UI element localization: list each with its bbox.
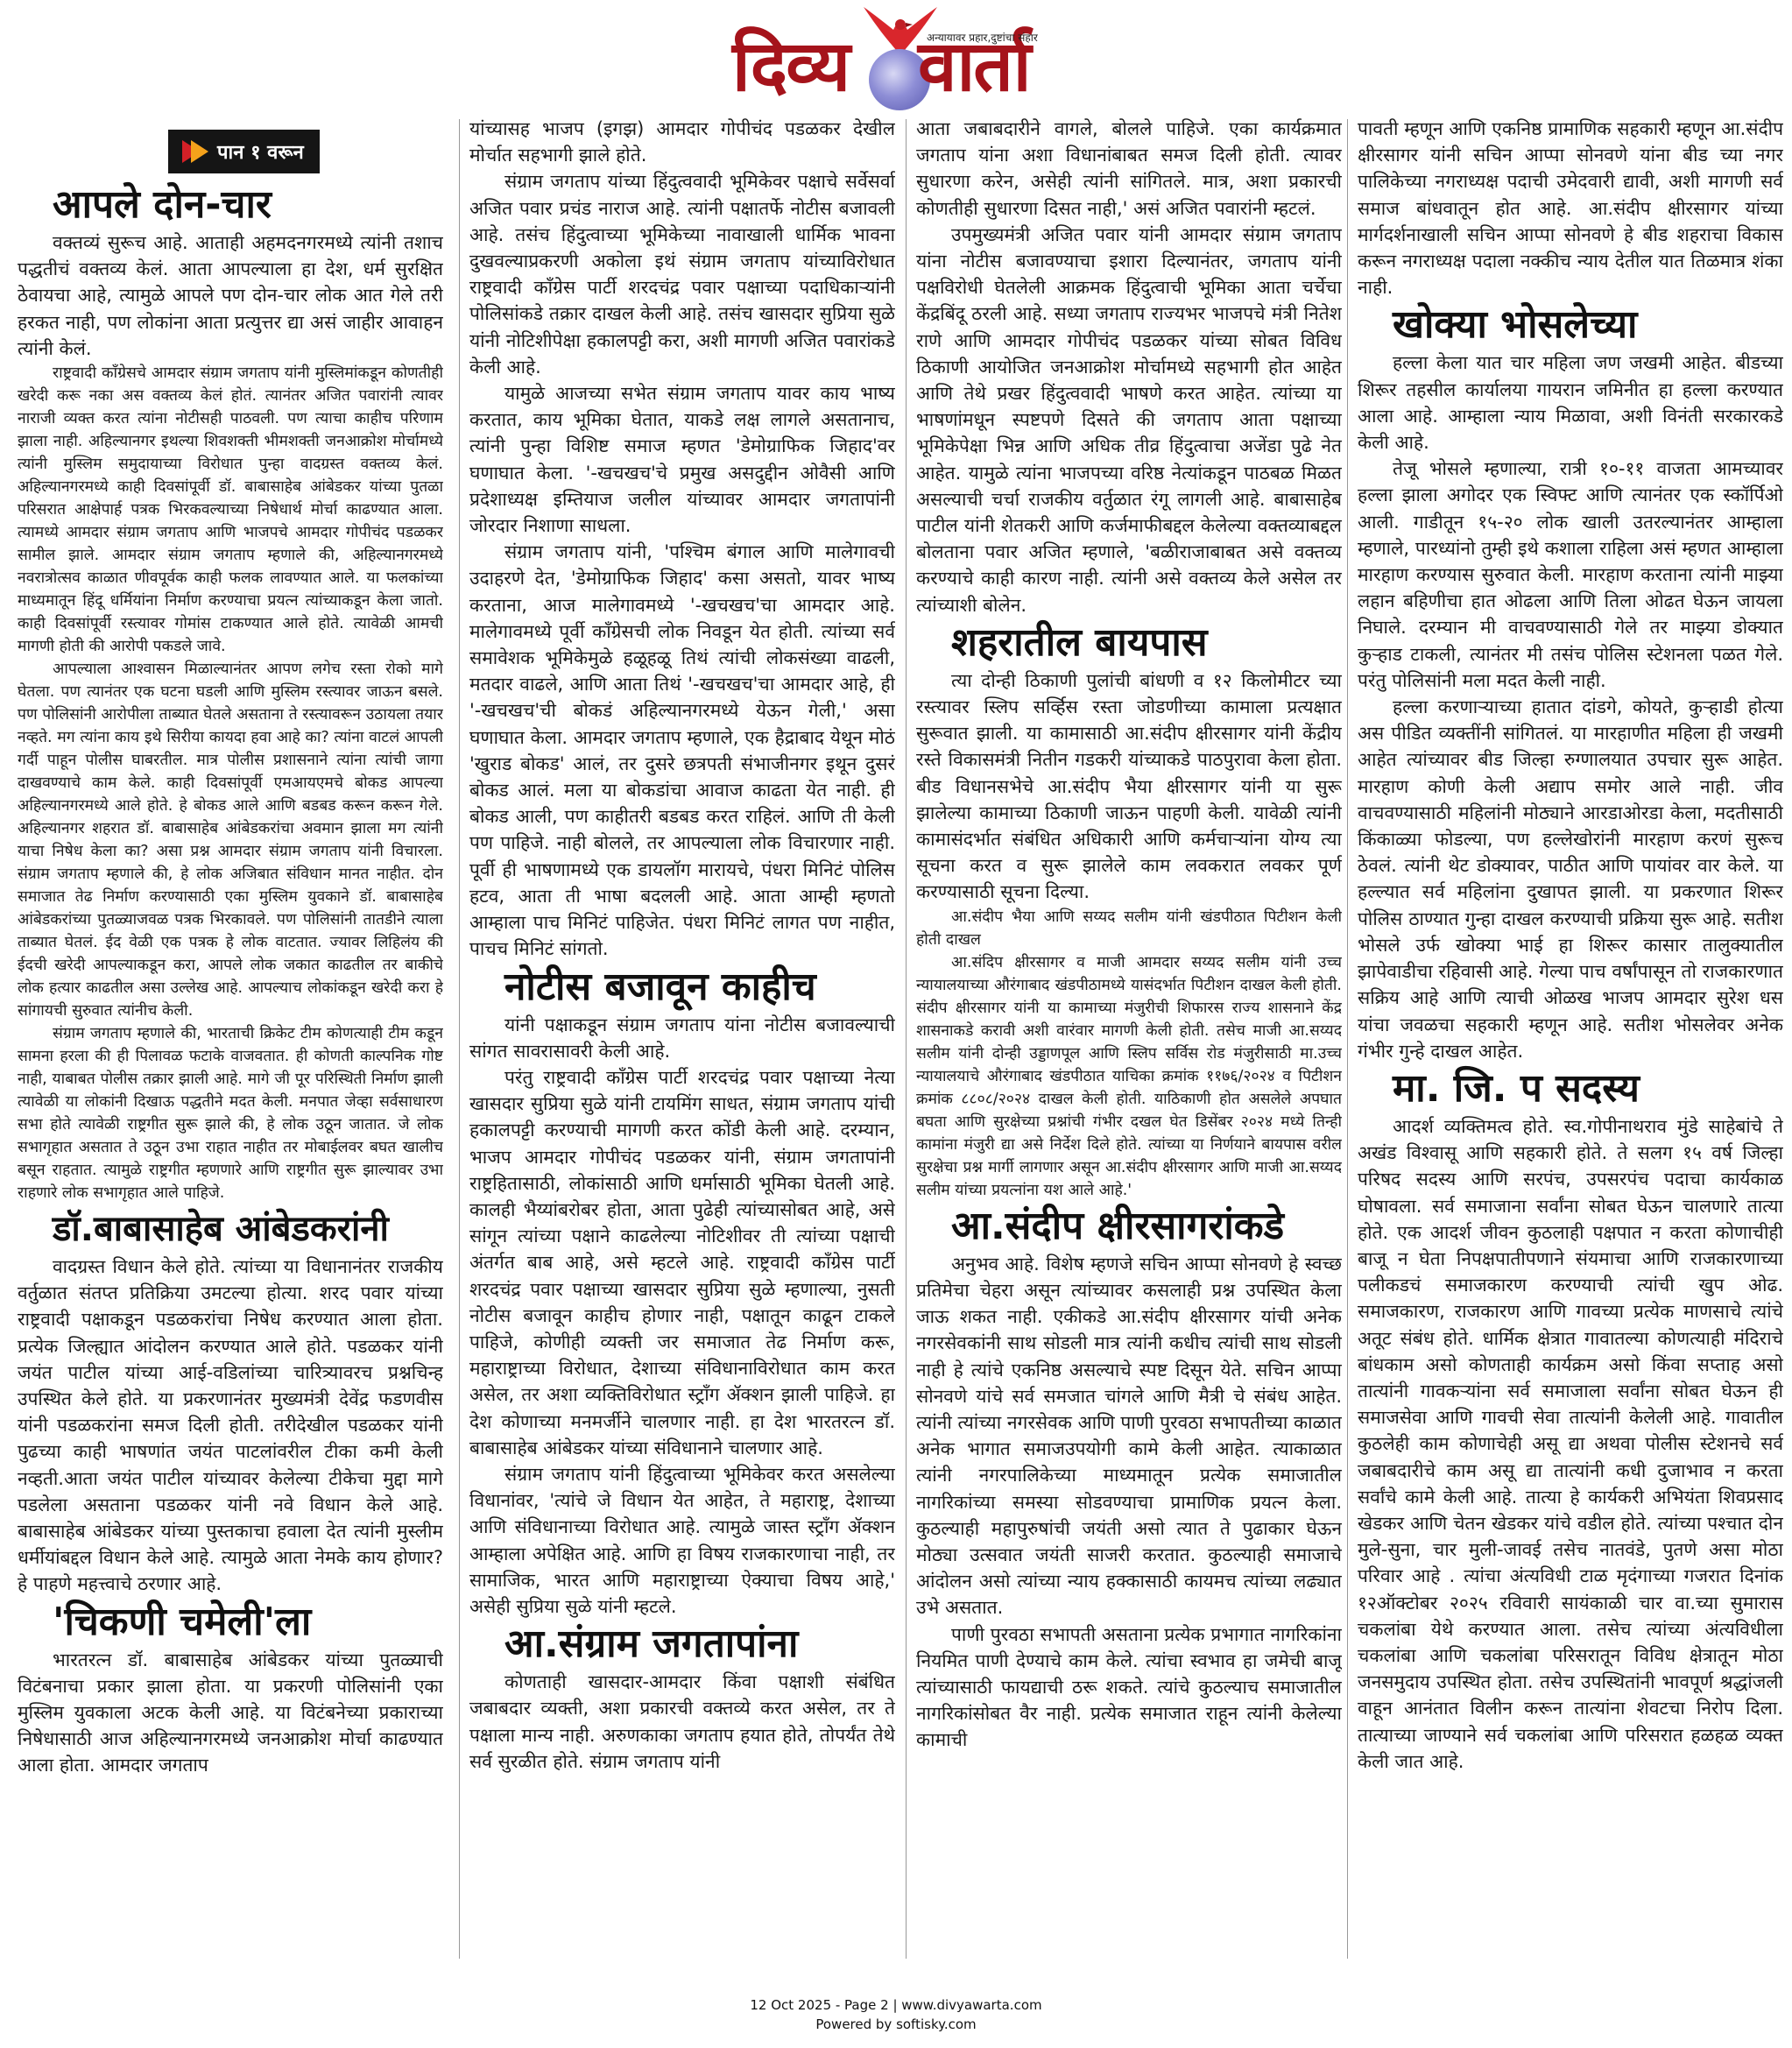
column-2: यांच्यासह भाजप (इगझ) आमदार गोपीचंद पडळकर… bbox=[469, 116, 895, 1966]
masthead-logo: दिव्य वार्ता अन्यायावर प्रहार,दुष्टांचा … bbox=[718, 0, 1086, 114]
article-paragraph: त्या दोन्ही ठिकाणी पुलांची बांधणी व १२ क… bbox=[916, 667, 1342, 906]
section-heading: खोक्या भोसलेच्या bbox=[1358, 300, 1783, 350]
masthead-tagline: अन्यायावर प्रहार,दुष्टांचा संहार bbox=[927, 30, 1038, 45]
column-3: आता जबाबदारीने वागले, बोलले पाहिजे. एका … bbox=[916, 116, 1342, 1966]
continued-from-page-tag: पान १ वरून bbox=[168, 130, 320, 173]
article-paragraph: आदर्श व्यक्तिमत्व होते. स्व.गोपीनाथराव म… bbox=[1358, 1113, 1783, 1775]
article-paragraph: राष्ट्रवादी काँग्रेसचे आमदार संग्राम जगत… bbox=[18, 362, 443, 658]
article-paragraph: वक्तव्यं सुरूच आहे. आताही अहमदनगरमध्ये त… bbox=[18, 230, 443, 362]
article-paragraph: यामुळे आजच्या सभेत संग्राम जगताप यावर का… bbox=[469, 380, 895, 539]
column-divider bbox=[459, 119, 460, 1959]
article-paragraph: आ.संदिप क्षीरसागर व माजी आमदार सय्यद सली… bbox=[916, 951, 1342, 1202]
article-paragraph: उपमुख्यमंत्री अजित पवार यांनी आमदार संग्… bbox=[916, 222, 1342, 618]
column-divider bbox=[906, 119, 907, 1959]
section-heading: आ.संग्राम जगतापांना bbox=[469, 1620, 895, 1669]
section-heading: आ.संदीप क्षीरसागरांकडे bbox=[916, 1202, 1342, 1251]
article-paragraph: तेजू भोसले म्हणाल्या, रात्री १०-११ वाजता… bbox=[1358, 456, 1783, 694]
article-paragraph: पाणी पुरवठा सभापती असताना प्रत्येक प्रभा… bbox=[916, 1621, 1342, 1754]
article-paragraph: संग्राम जगताप यांनी, 'पश्चिम बंगाल आणि म… bbox=[469, 539, 895, 962]
page-footer: 12 Oct 2025 - Page 2 | www.divyawarta.co… bbox=[0, 1995, 1792, 2034]
article-columns: पान १ वरून आपले दोन-चार वक्तव्यं सुरूच आ… bbox=[18, 116, 1774, 1966]
article-paragraph: हल्ला केला यात चार महिला जण जखमी आहेत. ब… bbox=[1358, 350, 1783, 456]
article-paragraph: भारतरत्न डॉ. बाबासाहेब आंबेडकर यांच्या प… bbox=[18, 1647, 443, 1779]
section-heading: नोटीस बजावून काहीच bbox=[469, 963, 895, 1012]
article-paragraph: हल्ला करणाऱ्याच्या हातात दांडगे, कोयते, … bbox=[1358, 694, 1783, 1064]
column-1: पान १ वरून आपले दोन-चार वक्तव्यं सुरूच आ… bbox=[18, 116, 443, 1966]
article-paragraph: यांच्यासह भाजप (इगझ) आमदार गोपीचंद पडळकर… bbox=[469, 116, 895, 168]
section-heading: शहरातील बायपास bbox=[916, 618, 1342, 667]
article-paragraph: पावती म्हणून आणि एकनिष्ठ प्रामाणिक सहकार… bbox=[1358, 116, 1783, 300]
article-paragraph: वादग्रस्त विधान केले होते. त्यांच्या या … bbox=[18, 1254, 443, 1598]
footer-date-page-url: 12 Oct 2025 - Page 2 | www.divyawarta.co… bbox=[0, 1995, 1792, 2015]
article-paragraph: कोणताही खासदार-आमदार किंवा पक्षाशी संबंध… bbox=[469, 1669, 895, 1775]
article-paragraph: संग्राम जगताप यांनी हिंदुत्वाच्या भूमिके… bbox=[469, 1461, 895, 1620]
article-paragraph: यांनी पक्षाकडून संग्राम जगताप यांना नोटी… bbox=[469, 1012, 895, 1064]
double-arrow-icon bbox=[182, 138, 208, 165]
column-4: पावती म्हणून आणि एकनिष्ठ प्रामाणिक सहकार… bbox=[1358, 116, 1783, 1966]
article-subheading: आ.संदीप भैया आणि सय्यद सलीम यांनी खंडपीठ… bbox=[916, 906, 1342, 951]
article-paragraph: संग्राम जगताप यांच्या हिंदुत्ववादी भूमिक… bbox=[469, 168, 895, 380]
section-heading: मा. जि. प सदस्य bbox=[1358, 1064, 1783, 1113]
footer-powered-by: Powered by softisky.com bbox=[0, 2015, 1792, 2034]
section-heading: 'चिकणी चमेली'ला bbox=[18, 1598, 443, 1647]
masthead-title-left: दिव्य bbox=[732, 26, 849, 105]
article-paragraph: संग्राम जगताप म्हणाले की, भारताची क्रिके… bbox=[18, 1022, 443, 1204]
continued-tag-label: पान १ वरून bbox=[217, 138, 304, 165]
article-paragraph: अनुभव आहे. विशेष म्हणजे सचिन आप्पा सोनवण… bbox=[916, 1251, 1342, 1621]
article-paragraph: आपल्याला आश्वासन मिळाल्यानंतर आपण लगेच र… bbox=[18, 658, 443, 1022]
section-heading: आपले दोन-चार bbox=[18, 180, 443, 230]
article-paragraph: परंतु राष्ट्रवादी काँग्रेस पार्टी शरदचंद… bbox=[469, 1064, 895, 1461]
article-paragraph: आता जबाबदारीने वागले, बोलले पाहिजे. एका … bbox=[916, 116, 1342, 222]
section-heading: डॉ.बाबासाहेब आंबेडकरांनी bbox=[18, 1204, 443, 1254]
column-divider bbox=[1347, 119, 1348, 1959]
